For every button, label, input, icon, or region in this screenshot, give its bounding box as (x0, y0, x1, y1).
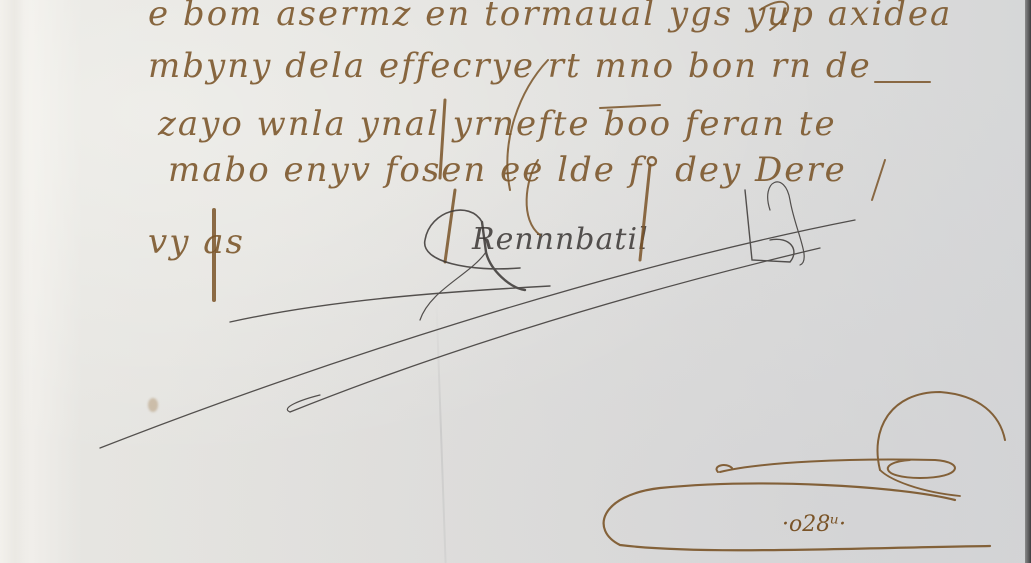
ink-strokes (0, 0, 1031, 563)
manuscript-page: e bom asermz en tormaual ygs yup axidea … (0, 0, 1031, 563)
paper-right-edge-shadow (1025, 0, 1031, 563)
folio-number: ·o28ᵘ· (782, 512, 846, 537)
